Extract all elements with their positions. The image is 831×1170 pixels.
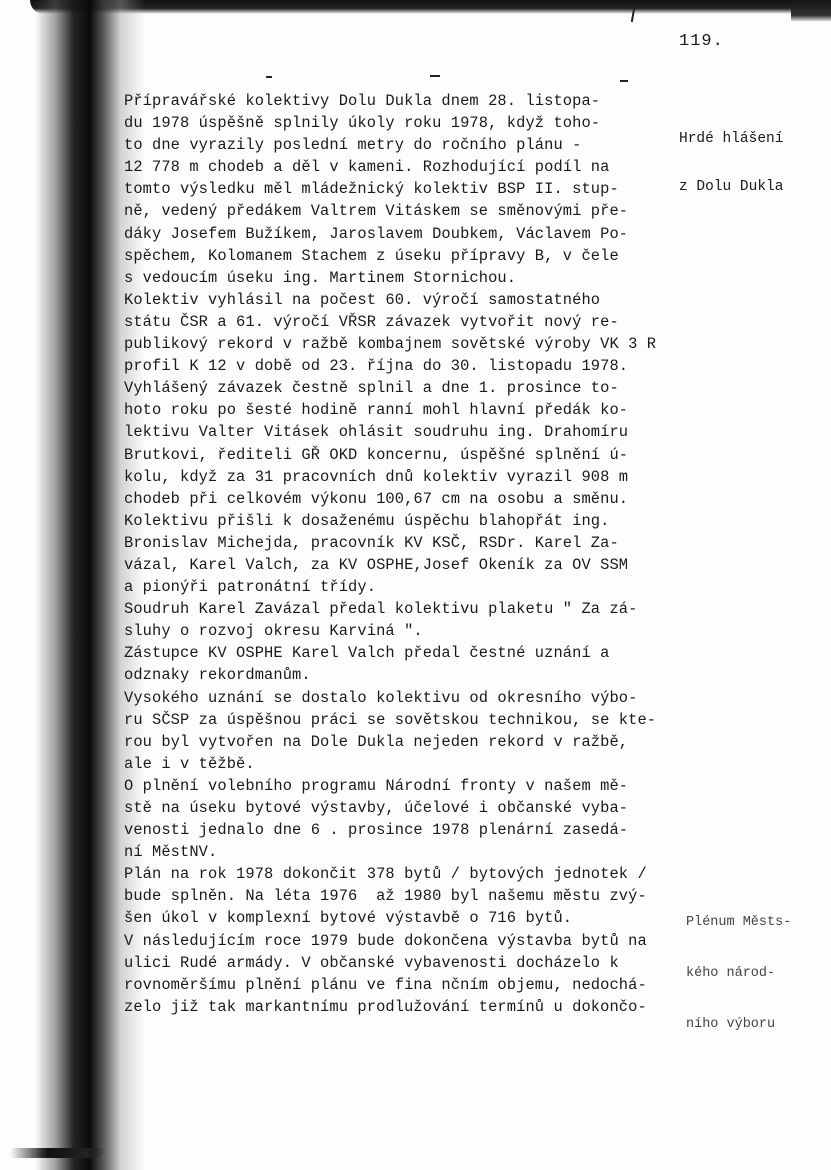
text-line: ulici Rudé armády. V občanské vybavenost… — [124, 952, 684, 974]
text-line: státu ČSR a 61. výročí VŘSR závazek vytv… — [124, 311, 684, 333]
margin-note-line: ního výboru — [686, 1016, 791, 1033]
text-line: bude splněn. Na léta 1976 až 1980 byl na… — [124, 885, 684, 907]
text-line: ale i v těžbě. — [124, 753, 684, 775]
margin-note-plenum: Plénum Městs- kého národ- ního výboru — [686, 880, 791, 1067]
text-line: hoto roku po šesté hodině ranní mohl hla… — [124, 399, 684, 421]
text-line: Kolektiv vyhlásil na počest 60. výročí s… — [124, 289, 684, 311]
margin-note-line: kého národ- — [686, 965, 791, 982]
text-line: vázal, Karel Valch, za KV OSPHE,Josef Ok… — [124, 554, 684, 576]
text-line: rou byl vytvořen na Dole Dukla nejeden r… — [124, 731, 684, 753]
text-line: venosti jednalo dne 6 . prosince 1978 pl… — [124, 819, 684, 841]
text-line: Plán na rok 1978 dokončit 378 bytů / byt… — [124, 863, 684, 885]
text-line: chodeb při celkovém výkonu 100,67 cm na … — [124, 488, 684, 510]
text-line: V následujícím roce 1979 bude dokončena … — [124, 930, 684, 952]
text-line: 12 778 m chodeb a děl v kameni. Rozhoduj… — [124, 156, 684, 178]
text-line: a pionýři patronátní třídy. — [124, 576, 684, 598]
typewritten-body-text: Přípravářské kolektivy Dolu Dukla dnem 2… — [124, 90, 684, 1018]
text-line: Kolektivu přišli k dosaženému úspěchu bl… — [124, 510, 684, 532]
margin-note-line: z Dolu Dukla — [679, 179, 783, 195]
scanned-page: 119. Hrdé hlášení z Dolu Dukla Plénum Mě… — [0, 0, 831, 1170]
text-line: Soudruh Karel Zavázal předal kolektivu p… — [124, 598, 684, 620]
text-line: profil K 12 v době od 23. října do 30. l… — [124, 355, 684, 377]
text-line: publikový rekord v ražbě kombajnem sovět… — [124, 333, 684, 355]
text-line: šen úkol v komplexní bytové výstavbě o 7… — [124, 907, 684, 929]
text-line: ně, vedený předákem Valtrem Vitáskem se … — [124, 200, 684, 222]
margin-note-hrde-hlaseni: Hrdé hlášení z Dolu Dukla — [679, 99, 783, 227]
margin-note-line: Plénum Městs- — [686, 914, 791, 931]
text-line: tomto výsledku měl mládežnický kolektiv … — [124, 178, 684, 200]
text-line: ní MěstNV. — [124, 841, 684, 863]
text-line: spěchem, Kolomanem Stachem z úseku přípr… — [124, 245, 684, 267]
text-line: Bronislav Michejda, pracovník KV KSČ, RS… — [124, 532, 684, 554]
text-line: du 1978 úspěšně splnily úkoly roku 1978,… — [124, 112, 684, 134]
book-bottom-edge-shadow — [10, 1148, 105, 1158]
text-line: odznaky rekordmanům. — [124, 664, 684, 686]
text-line: rovnoměršímu plnění plánu ve fina nčním … — [124, 974, 684, 996]
text-line: ru SČSP za úspěšnou práci se sovětskou t… — [124, 709, 684, 731]
stray-mark — [620, 80, 628, 82]
text-line: Vysokého uznání se dostalo kolektivu od … — [124, 687, 684, 709]
text-line: Přípravářské kolektivy Dolu Dukla dnem 2… — [124, 90, 684, 112]
text-line: Vyhlášený závazek čestně splnil a dne 1.… — [124, 377, 684, 399]
book-corner-shadow — [791, 0, 831, 22]
text-line: s vedoucím úseku ing. Martinem Stornicho… — [124, 267, 684, 289]
text-line: stě na úseku bytové výstavby, účelové i … — [124, 797, 684, 819]
text-line: Brutkovi, řediteli GŘ OKD koncernu, úspě… — [124, 444, 684, 466]
text-line: O plnění volebního programu Národní fron… — [124, 775, 684, 797]
text-line: Zástupce KV OSPHE Karel Valch předal čes… — [124, 642, 684, 664]
text-line: kolu, když za 31 pracovních dnů kolektiv… — [124, 466, 684, 488]
text-line: to dne vyrazily poslední metry do ročníh… — [124, 134, 684, 156]
text-line: sluhy o rozvoj okresu Karviná ". — [124, 620, 684, 642]
book-top-edge-shadow — [30, 0, 831, 14]
stray-mark — [266, 76, 272, 78]
text-line: lektivu Valter Vitásek ohlásit soudruhu … — [124, 421, 684, 443]
page-number: 119. — [679, 32, 724, 51]
stray-mark — [430, 75, 440, 77]
text-line: zelo již tak markantnímu prodlužování te… — [124, 996, 684, 1018]
text-line: dáky Josefem Bužíkem, Jaroslavem Doubkem… — [124, 223, 684, 245]
margin-note-line: Hrdé hlášení — [679, 131, 783, 147]
